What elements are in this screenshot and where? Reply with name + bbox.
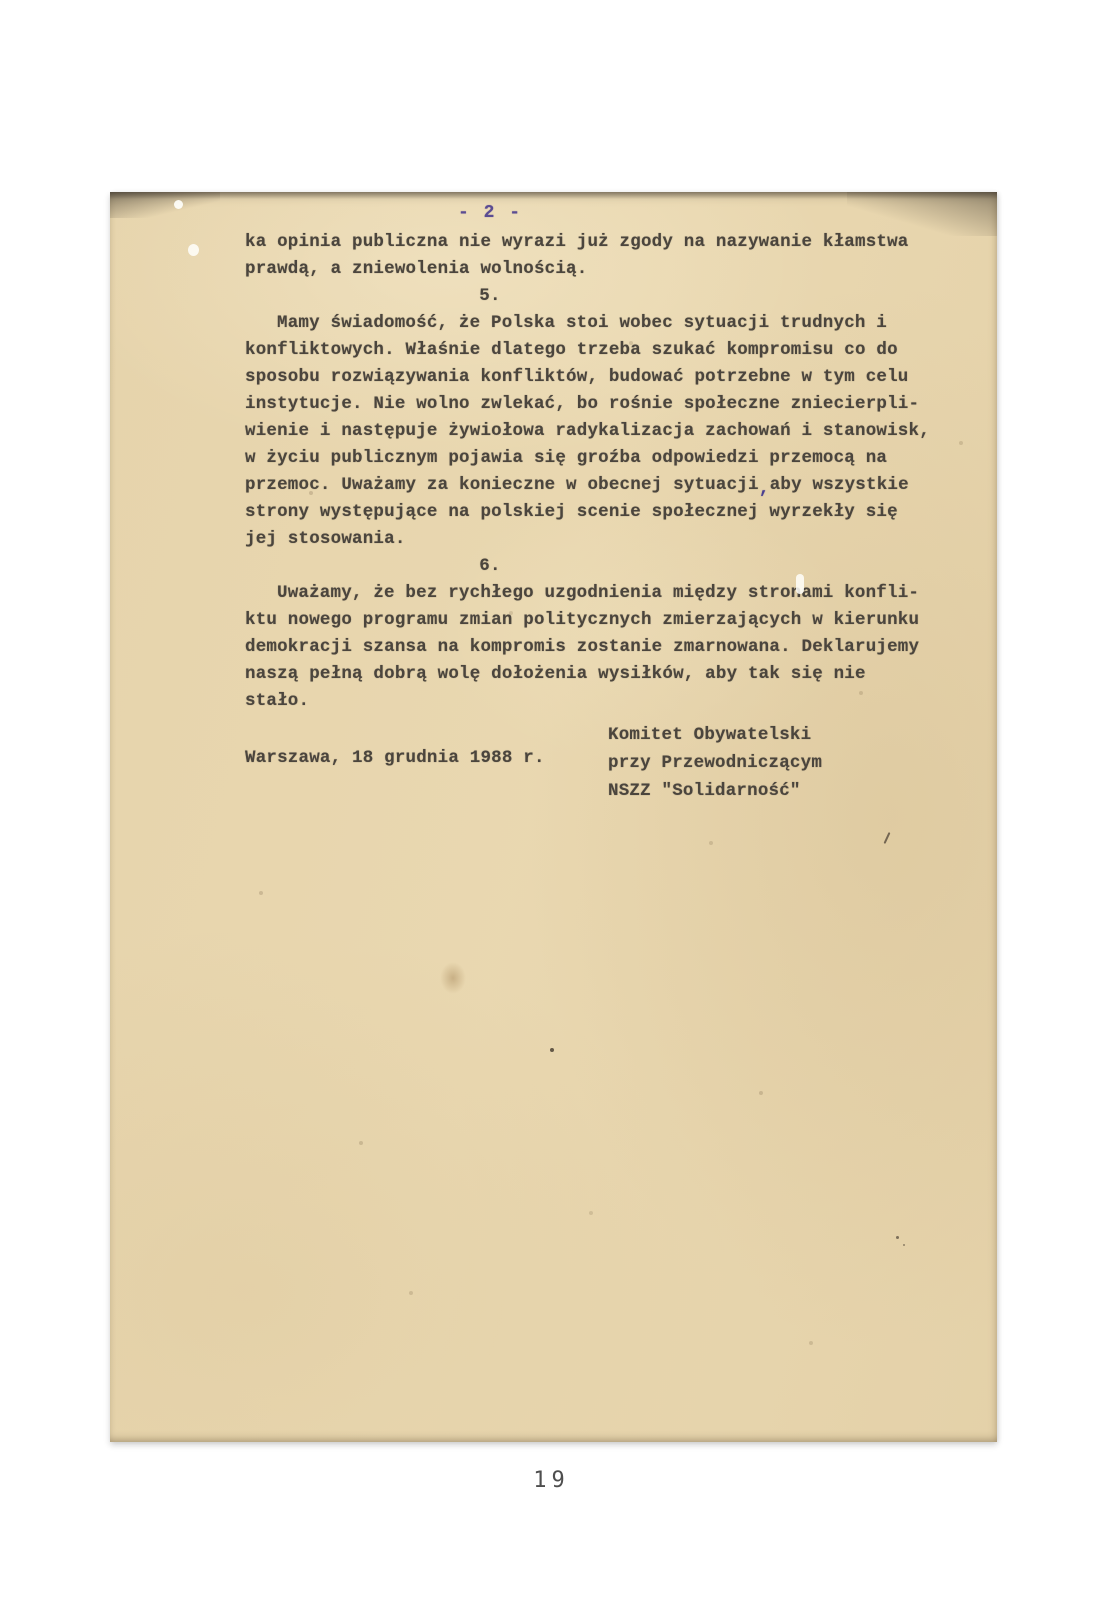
text-line: ka opinia publiczna nie wyrazi już zgody… <box>245 229 945 256</box>
text-line: stało. <box>245 688 945 715</box>
page-header-number: - 2 - <box>405 200 575 227</box>
text-line: naszą pełną dobrą wolę dołożenia wysiłkó… <box>245 661 945 688</box>
text-line: sposobu rozwiązywania konfliktów, budowa… <box>245 364 945 391</box>
text-segment: przemoc. Uważamy za konieczne w obecnej … <box>245 475 759 495</box>
text-line: ktu nowego programu zmian politycznych z… <box>245 607 945 634</box>
text-line: jej stosowania. <box>245 526 945 553</box>
ink-speck <box>903 1244 905 1246</box>
correction-fluid-spot <box>188 244 199 256</box>
paper-speckles <box>110 192 112 194</box>
text-line: Mamy świadomość, że Polska stoi wobec sy… <box>245 310 977 337</box>
text-line: strony występujące na polskiej scenie sp… <box>245 499 945 526</box>
pen-tick-mark <box>884 832 891 844</box>
section-number-6: 6. <box>405 553 575 580</box>
text-line: prawdą, a zniewolenia wolnością. <box>245 256 945 283</box>
text-line-with-inserted-comma: przemoc. Uważamy za konieczne w obecnej … <box>245 472 945 499</box>
signature-line: NSZZ "Solidarność" <box>608 778 948 805</box>
paper-top-left-shadow <box>110 192 220 218</box>
text-segment: aby wszystkie <box>770 475 909 495</box>
scan-canvas: { "page": { "header": "- 2 -", "footer_p… <box>0 0 1103 1600</box>
text-line: Uważamy, że bez rychłego uzgodnienia mię… <box>245 580 977 607</box>
text-line: demokracji szansa na kompromis zostanie … <box>245 634 945 661</box>
text-line: w życiu publicznym pojawia się groźba od… <box>245 445 945 472</box>
ink-speck <box>550 1048 554 1052</box>
signature-line: Komitet Obywatelski <box>608 722 948 749</box>
paper-stain <box>440 962 466 994</box>
document-page: - 2 - ka opinia publiczna nie wyrazi już… <box>110 192 997 1442</box>
page-number-footer: 19 <box>0 1468 1103 1493</box>
text-line: wienie i następuje żywiołowa radykalizac… <box>245 418 945 445</box>
section-number-5: 5. <box>405 283 575 310</box>
paper-top-edge-shadow <box>110 192 997 199</box>
signature-line: przy Przewodniczącym <box>608 750 948 777</box>
correction-fluid-spot <box>174 200 183 209</box>
text-line: konfliktowych. Właśnie dlatego trzeba sz… <box>245 337 945 364</box>
ink-speck <box>896 1236 899 1239</box>
text-line: instytucje. Nie wolno zwlekać, bo rośnie… <box>245 391 945 418</box>
